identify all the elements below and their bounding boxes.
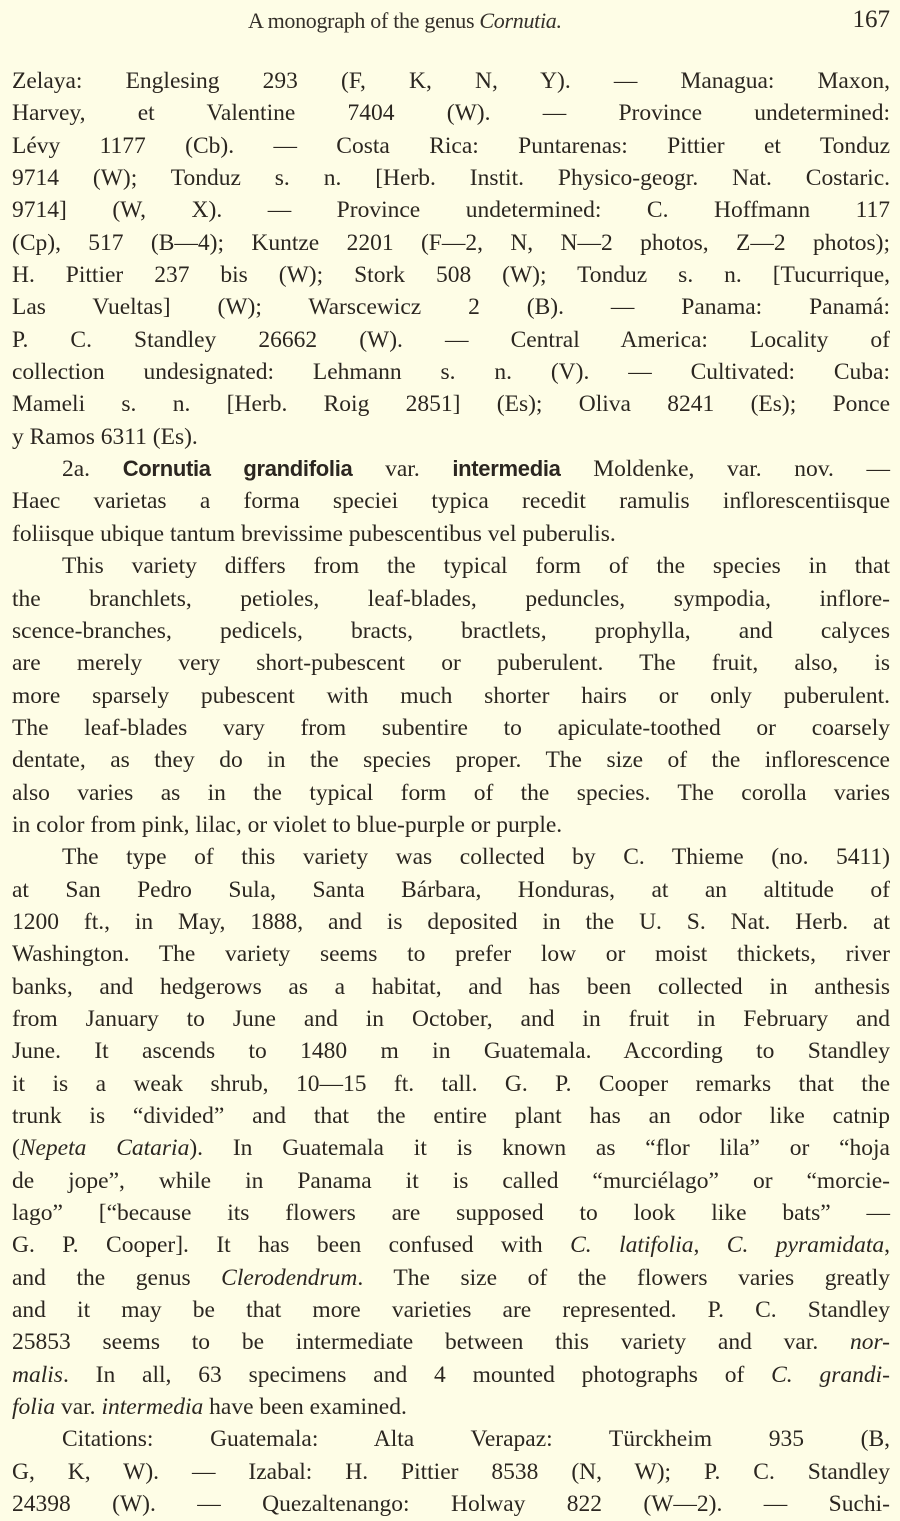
- text-segment: the branchlets, petioles, leaf-blades, p…: [12, 586, 890, 612]
- text-segment: 1200 ft., in May, 1888, and is deposited…: [12, 909, 890, 935]
- italic-term: nor-: [850, 1329, 890, 1355]
- text-line: malis. In all, 63 specimens and 4 mounte…: [12, 1359, 890, 1391]
- text-segment: Zelaya: Englesing 293 (F, K, N, Y). — Ma…: [12, 68, 890, 94]
- running-head: A monograph of the genus Cornutia. 167: [0, 4, 900, 38]
- text-line: Citations: Guatemala: Alta Verapaz: Türc…: [12, 1423, 890, 1455]
- text-segment: de jope”, while in Panama it is called “…: [12, 1168, 890, 1194]
- italic-term: C. latifolia: [570, 1232, 693, 1258]
- text-segment: The leaf-blades vary from subentire to a…: [12, 715, 890, 741]
- text-line: 9714] (W, X). — Province undetermined: C…: [12, 194, 890, 226]
- text-segment: H. Pittier 237 bis (W); Stork 508 (W); T…: [12, 262, 890, 288]
- text-line: The type of this variety was collected b…: [12, 841, 890, 873]
- italic-term: malis: [12, 1362, 63, 1388]
- text-line: trunk is “divided” and that the entire p…: [12, 1100, 890, 1132]
- running-title-genus: Cornutia.: [479, 8, 561, 33]
- italic-term: intermedia: [101, 1394, 203, 1420]
- text-segment: and it may be that more varieties are re…: [12, 1297, 890, 1323]
- text-segment: ,: [694, 1232, 727, 1258]
- text-segment: dentate, as they do in the species prope…: [12, 747, 890, 773]
- text-segment: foliisque ubique tantum brevissime pubes…: [12, 521, 616, 547]
- text-line: Las Vueltas] (W); Warscewicz 2 (B). — Pa…: [12, 291, 890, 323]
- text-segment: from January to June and in October, and…: [12, 1006, 890, 1032]
- document-page: A monograph of the genus Cornutia. 167 Z…: [0, 0, 900, 1521]
- text-segment: . In all, 63 specimens and 4 mounted pho…: [63, 1362, 771, 1388]
- text-segment: G. P. Cooper]. It has been confused with: [12, 1232, 570, 1258]
- text-segment: are merely very short-pubescent or puber…: [12, 650, 890, 676]
- italic-term: folia: [12, 1394, 55, 1420]
- text-segment: Moldenke, var. nov. —: [561, 456, 890, 482]
- text-line: scence-branches, pedicels, bracts, bract…: [12, 615, 890, 647]
- text-line: P. C. Standley 26662 (W). — Central Amer…: [12, 324, 890, 356]
- taxon-name: intermedia: [452, 456, 560, 481]
- text-segment: Harvey, et Valentine 7404 (W). — Provinc…: [12, 100, 890, 126]
- text-line: y Ramos 6311 (Es).: [12, 421, 890, 453]
- italic-term: C. grandi-: [771, 1362, 890, 1388]
- text-line: G. P. Cooper]. It has been confused with…: [12, 1229, 890, 1261]
- italic-term: C. pyramidata: [727, 1232, 884, 1258]
- text-line: folia var. intermedia have been examined…: [12, 1391, 890, 1423]
- text-line: The leaf-blades vary from subentire to a…: [12, 712, 890, 744]
- italic-term: Clerodendrum: [221, 1265, 357, 1291]
- text-segment: 2a.: [62, 456, 123, 482]
- text-line: Lévy 1177 (Cb). — Costa Rica: Puntarenas…: [12, 130, 890, 162]
- text-segment: at San Pedro Sula, Santa Bárbara, Hondur…: [12, 877, 890, 903]
- text-line: (Nepeta Cataria). In Guatemala it is kno…: [12, 1132, 890, 1164]
- text-segment: The type of this variety was collected b…: [62, 844, 890, 870]
- text-line: (Cp), 517 (B—4); Kuntze 2201 (F—2, N, N—…: [12, 227, 890, 259]
- text-line: in color from pink, lilac, or violet to …: [12, 809, 890, 841]
- text-line: Zelaya: Englesing 293 (F, K, N, Y). — Ma…: [12, 65, 890, 97]
- text-line: H. Pittier 237 bis (W); Stork 508 (W); T…: [12, 259, 890, 291]
- text-segment: 9714] (W, X). — Province undetermined: C…: [12, 197, 890, 223]
- text-line: dentate, as they do in the species prope…: [12, 744, 890, 776]
- text-segment: (: [12, 1135, 20, 1161]
- text-segment: trunk is “divided” and that the entire p…: [12, 1103, 890, 1129]
- text-line: Washington. The variety seems to prefer …: [12, 938, 890, 970]
- text-segment: Haec varietas a forma speciei typica rec…: [12, 488, 890, 514]
- text-segment: 25853 seems to be intermediate between t…: [12, 1329, 850, 1355]
- text-segment: more sparsely pubescent with much shorte…: [12, 683, 890, 709]
- text-segment: G, K, W). — Izabal: H. Pittier 8538 (N, …: [12, 1459, 890, 1485]
- text-segment: 9714 (W); Tonduz s. n. [Herb. Instit. Ph…: [12, 165, 890, 191]
- text-line: foliisque ubique tantum brevissime pubes…: [12, 518, 890, 550]
- text-line: 9714 (W); Tonduz s. n. [Herb. Instit. Ph…: [12, 162, 890, 194]
- text-line: lago” [“because its flowers are supposed…: [12, 1197, 890, 1229]
- text-segment: Mameli s. n. [Herb. Roig 2851] (Es); Oli…: [12, 391, 890, 417]
- text-line: G, K, W). — Izabal: H. Pittier 8538 (N, …: [12, 1456, 890, 1488]
- text-segment: This variety differs from the typical fo…: [62, 553, 890, 579]
- text-line: are merely very short-pubescent or puber…: [12, 647, 890, 679]
- text-segment: Washington. The variety seems to prefer …: [12, 941, 890, 967]
- text-line: 2a. Cornutia grandifolia var. intermedia…: [12, 453, 890, 485]
- page-number: 167: [853, 6, 891, 34]
- text-line: Haec varietas a forma speciei typica rec…: [12, 485, 890, 517]
- text-segment: and the genus: [12, 1265, 221, 1291]
- text-line: 1200 ft., in May, 1888, and is deposited…: [12, 906, 890, 938]
- text-line: This variety differs from the typical fo…: [12, 550, 890, 582]
- taxon-name: Cornutia grandifolia: [123, 456, 353, 481]
- text-segment: P. C. Standley 26662 (W). — Central Amer…: [12, 327, 890, 353]
- text-segment: banks, and hedgerows as a habitat, and h…: [12, 974, 890, 1000]
- text-segment: Las Vueltas] (W); Warscewicz 2 (B). — Pa…: [12, 294, 890, 320]
- italic-term: Nepeta Cataria: [20, 1135, 190, 1161]
- text-segment: also varies as in the typical form of th…: [12, 780, 890, 806]
- text-segment: June. It ascends to 1480 m in Guatemala.…: [12, 1038, 890, 1064]
- text-line: Mameli s. n. [Herb. Roig 2851] (Es); Oli…: [12, 388, 890, 420]
- text-line: also varies as in the typical form of th…: [12, 777, 890, 809]
- text-line: banks, and hedgerows as a habitat, and h…: [12, 971, 890, 1003]
- text-segment: in color from pink, lilac, or violet to …: [12, 812, 562, 838]
- text-segment: ,: [884, 1232, 890, 1258]
- body-text: Zelaya: Englesing 293 (F, K, N, Y). — Ma…: [12, 65, 890, 1520]
- text-line: Harvey, et Valentine 7404 (W). — Provinc…: [12, 97, 890, 129]
- text-segment: Lévy 1177 (Cb). — Costa Rica: Puntarenas…: [12, 133, 890, 159]
- text-line: at San Pedro Sula, Santa Bárbara, Hondur…: [12, 874, 890, 906]
- text-line: 24398 (W). — Quezaltenango: Holway 822 (…: [12, 1488, 890, 1520]
- text-line: it is a weak shrub, 10—15 ft. tall. G. P…: [12, 1068, 890, 1100]
- text-segment: . The size of the flowers varies greatly: [357, 1265, 890, 1291]
- text-segment: scence-branches, pedicels, bracts, bract…: [12, 618, 890, 644]
- text-line: the branchlets, petioles, leaf-blades, p…: [12, 583, 890, 615]
- text-line: 25853 seems to be intermediate between t…: [12, 1326, 890, 1358]
- text-segment: lago” [“because its flowers are supposed…: [12, 1200, 890, 1226]
- running-title: A monograph of the genus Cornutia.: [248, 8, 562, 34]
- text-segment: var.: [55, 1394, 101, 1420]
- text-segment: Citations: Guatemala: Alta Verapaz: Türc…: [62, 1426, 890, 1452]
- text-segment: ). In Guatemala it is known as “flor lil…: [189, 1135, 890, 1161]
- text-line: June. It ascends to 1480 m in Guatemala.…: [12, 1035, 890, 1067]
- text-segment: y Ramos 6311 (Es).: [12, 424, 198, 450]
- text-line: and the genus Clerodendrum. The size of …: [12, 1262, 890, 1294]
- text-segment: 24398 (W). — Quezaltenango: Holway 822 (…: [12, 1491, 890, 1517]
- running-title-prefix: A monograph of the genus: [248, 8, 479, 33]
- text-line: and it may be that more varieties are re…: [12, 1294, 890, 1326]
- text-line: collection undesignated: Lehmann s. n. (…: [12, 356, 890, 388]
- text-line: from January to June and in October, and…: [12, 1003, 890, 1035]
- text-segment: var.: [352, 456, 452, 482]
- text-line: more sparsely pubescent with much shorte…: [12, 680, 890, 712]
- text-segment: have been examined.: [203, 1394, 407, 1420]
- text-segment: (Cp), 517 (B—4); Kuntze 2201 (F—2, N, N—…: [12, 230, 890, 256]
- text-line: de jope”, while in Panama it is called “…: [12, 1165, 890, 1197]
- text-segment: collection undesignated: Lehmann s. n. (…: [12, 359, 890, 385]
- text-segment: it is a weak shrub, 10—15 ft. tall. G. P…: [12, 1071, 890, 1097]
